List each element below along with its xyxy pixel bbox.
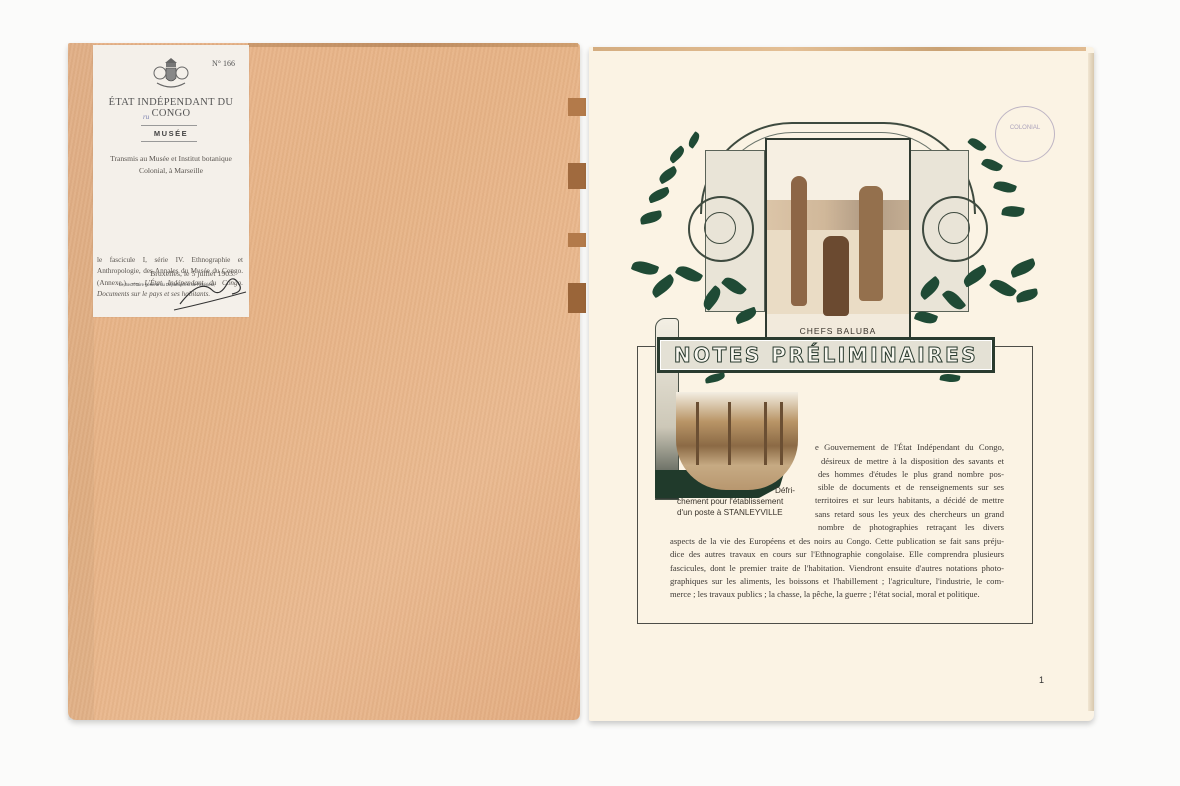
body-line: e Gouvernement de l'État Indépendant du …	[815, 441, 1004, 454]
scroll-ornament-left	[688, 196, 754, 262]
figure	[791, 176, 807, 306]
torn-edge	[568, 163, 586, 189]
book-spread: N° 166 ÉTAT INDÉPENDANT DU CONGO ru MUSÉ…	[0, 0, 1180, 786]
body-line: aspects de la vie des Européens et des n…	[670, 535, 1004, 548]
photo-chefs-baluba: CHEFS BALUBA	[765, 138, 911, 342]
signature	[170, 268, 250, 312]
section-title: NOTES PRÉLIMINAIRES	[674, 343, 978, 367]
photo-defrichement	[676, 392, 798, 490]
photo-caption: CHEFS BALUBA	[767, 326, 909, 336]
page-edge	[1088, 53, 1094, 711]
body-line: des hommes d'études le plus grand nombre…	[818, 468, 1004, 481]
body-line: graphiques sur les aliments, les boisson…	[670, 575, 1004, 588]
body-line: sible de documents et de renseignements …	[818, 481, 1004, 494]
body-line: fascicules, dont le premier traite de l'…	[670, 562, 1004, 575]
figure	[859, 186, 883, 301]
figure	[823, 236, 849, 316]
page-number: 1	[1039, 675, 1044, 685]
body-line: merce ; les travaux publics ; la chasse,…	[670, 588, 1004, 601]
scroll-ornament-right	[922, 196, 988, 262]
stained-top-edge	[593, 47, 1086, 51]
body-line: sans retard sous les yeux des chercheurs…	[815, 508, 1004, 521]
torn-edge	[568, 283, 586, 313]
section-title-banner: NOTES PRÉLIMINAIRES	[657, 337, 995, 373]
torn-edge	[568, 98, 586, 116]
torn-edge	[568, 233, 586, 247]
photo-small-caption: Défri- chement pour l'établissement d'un…	[677, 496, 797, 518]
cover-edge	[68, 43, 94, 720]
stained-top-edge	[248, 43, 578, 47]
library-stamp: COLONIAL	[995, 106, 1055, 162]
body-line: dice des autres travaux en cours sur l'E…	[670, 548, 1004, 561]
body-line: désireux de mettre à la disposition des …	[821, 455, 1004, 468]
body-line: territoires et sur leurs habitants, a dé…	[815, 494, 1004, 507]
body-line: nombre de photographies retraçant les di…	[818, 521, 1004, 534]
